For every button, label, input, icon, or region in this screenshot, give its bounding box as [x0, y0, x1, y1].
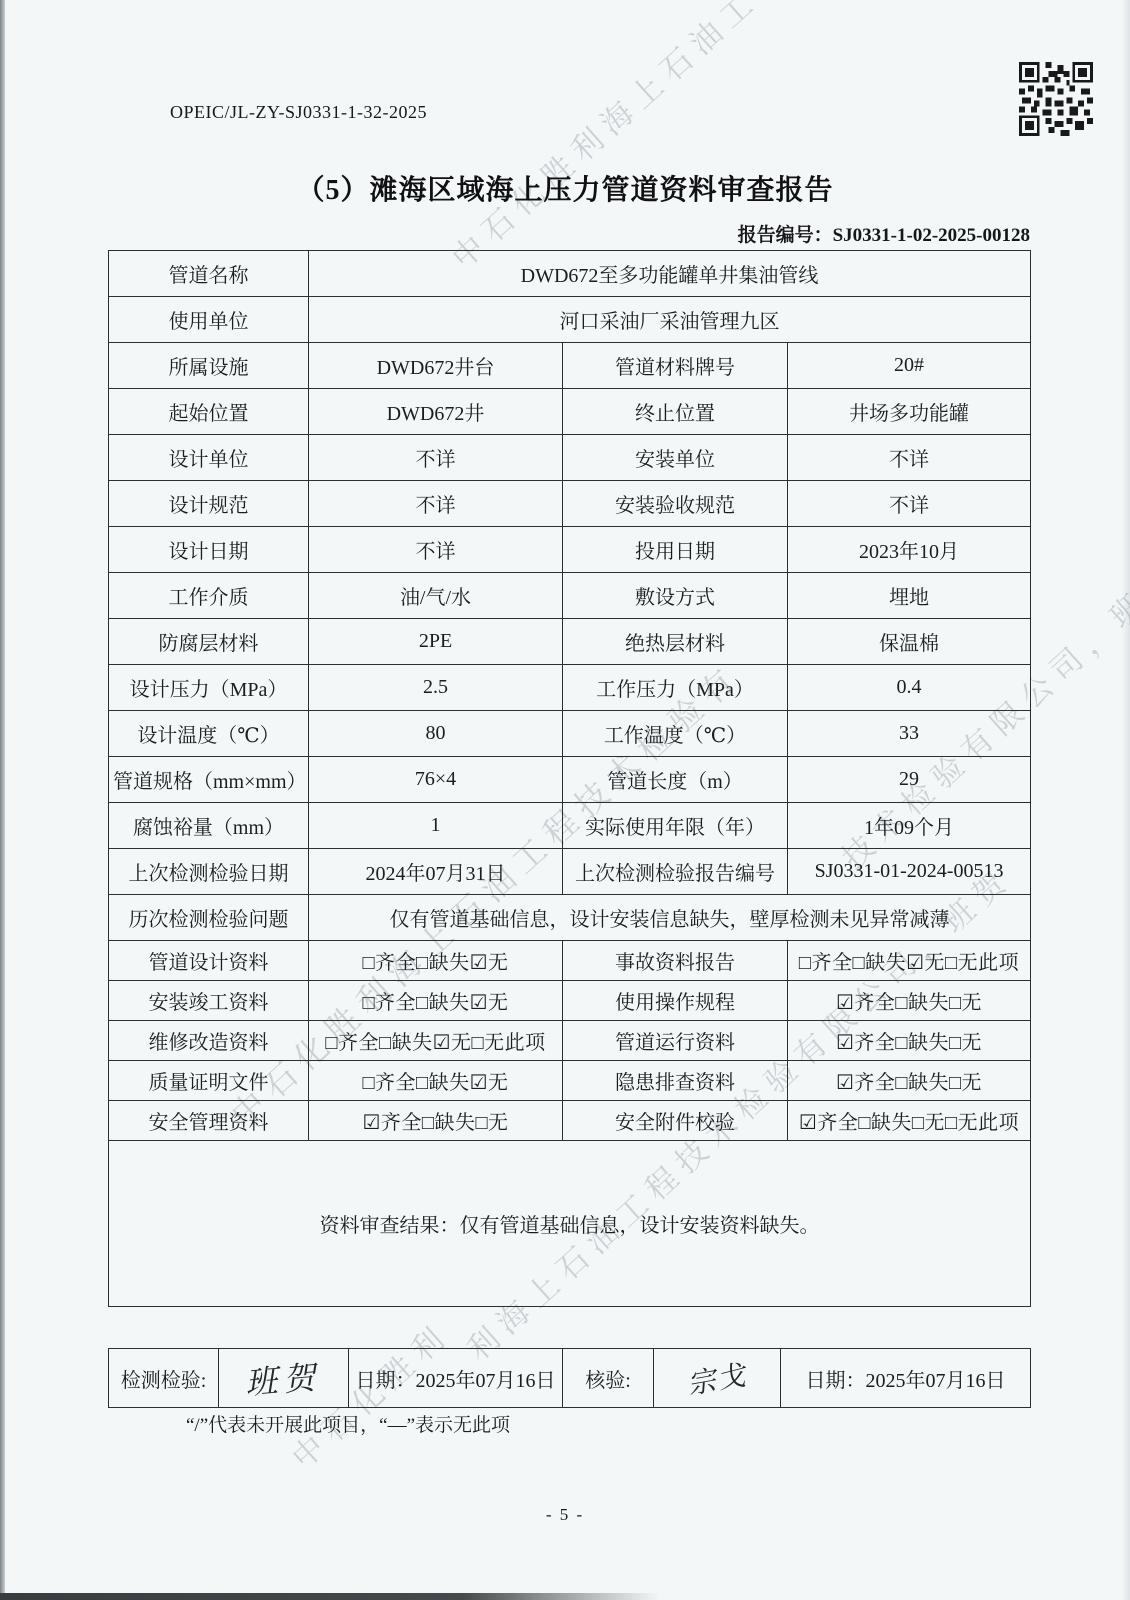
field-value: 33: [788, 711, 1031, 757]
table-row: 管道设计资料 □齐全□缺失☑无 事故资料报告 □齐全□缺失☑无□无此项: [109, 941, 1031, 981]
verify-label: 核验:: [563, 1349, 654, 1408]
field-value: 不详: [309, 435, 563, 481]
checkbox-value: □齐全□缺失☑无: [309, 941, 563, 981]
field-label: 管道名称: [109, 251, 309, 297]
field-value: 不详: [788, 481, 1031, 527]
table-row: 资料审查结果：仅有管道基础信息，设计安装资料缺失。: [109, 1141, 1031, 1307]
field-label: 实际使用年限（年）: [563, 803, 788, 849]
field-value: 2.5: [309, 665, 563, 711]
field-label: 工作介质: [109, 573, 309, 619]
checkbox-value: □齐全□缺失☑无: [309, 981, 563, 1021]
field-label: 安装单位: [563, 435, 788, 481]
field-label: 事故资料报告: [563, 941, 788, 981]
field-value: SJ0331-01-2024-00513: [788, 849, 1031, 895]
table-row: 设计日期 不详 投用日期 2023年10月: [109, 527, 1031, 573]
field-label: 质量证明文件: [109, 1061, 309, 1101]
field-label: 终止位置: [563, 389, 788, 435]
field-value: 76×4: [309, 757, 563, 803]
table-row: 管道名称 DWD672至多功能罐单井集油管线: [109, 251, 1031, 297]
table-row: 安全管理资料 ☑齐全□缺失□无 安全附件校验 ☑齐全□缺失□无□无此项: [109, 1101, 1031, 1141]
verifier-signature: 宗戈: [684, 1353, 750, 1403]
table-row: 历次检测检验问题 仅有管道基础信息，设计安装信息缺失，壁厚检测未见异常减薄: [109, 895, 1031, 941]
table-row: 设计规范 不详 安装验收规范 不详: [109, 481, 1031, 527]
field-value: 不详: [309, 527, 563, 573]
field-label: 维修改造资料: [109, 1021, 309, 1061]
field-value: 埋地: [788, 573, 1031, 619]
field-value: 1年09个月: [788, 803, 1031, 849]
scan-edge-right: [1122, 0, 1130, 1600]
field-label: 设计单位: [109, 435, 309, 481]
table-row: 上次检测检验日期 2024年07月31日 上次检测检验报告编号 SJ0331-0…: [109, 849, 1031, 895]
table-row: 所属设施 DWD672井台 管道材料牌号 20#: [109, 343, 1031, 389]
field-label: 腐蚀裕量（mm）: [109, 803, 309, 849]
field-value: 河口采油厂采油管理九区: [309, 297, 1031, 343]
checkbox-value: ☑齐全□缺失□无: [788, 1061, 1031, 1101]
checkbox-value: □齐全□缺失☑无: [309, 1061, 563, 1101]
field-label: 历次检测检验问题: [109, 895, 309, 941]
signature-cell: 班贺: [219, 1349, 349, 1408]
field-value: DWD672井: [309, 389, 563, 435]
checkbox-value: ☑齐全□缺失□无: [788, 1021, 1031, 1061]
field-label: 设计规范: [109, 481, 309, 527]
field-value: 20#: [788, 343, 1031, 389]
field-value: 1: [309, 803, 563, 849]
table-row: 安装竣工资料 □齐全□缺失☑无 使用操作规程 ☑齐全□缺失□无: [109, 981, 1031, 1021]
scan-edge-bottom: [0, 1593, 660, 1600]
field-label: 设计压力（MPa）: [109, 665, 309, 711]
pipeline-info-table: 管道名称 DWD672至多功能罐单井集油管线 使用单位 河口采油厂采油管理九区 …: [108, 250, 1031, 1307]
field-label: 工作温度（℃）: [563, 711, 788, 757]
table-row: 质量证明文件 □齐全□缺失☑无 隐患排查资料 ☑齐全□缺失□无: [109, 1061, 1031, 1101]
field-value: 仅有管道基础信息，设计安装信息缺失，壁厚检测未见异常减薄: [309, 895, 1031, 941]
table-row: 设计温度（℃） 80 工作温度（℃） 33: [109, 711, 1031, 757]
document-code: OPEIC/JL-ZY-SJ0331-1-32-2025: [170, 102, 427, 123]
field-label: 安装验收规范: [563, 481, 788, 527]
field-label: 起始位置: [109, 389, 309, 435]
review-result: 资料审查结果：仅有管道基础信息，设计安装资料缺失。: [109, 1141, 1031, 1307]
field-label: 管道设计资料: [109, 941, 309, 981]
field-value: 油/气/水: [309, 573, 563, 619]
field-label: 投用日期: [563, 527, 788, 573]
checkbox-value: □齐全□缺失☑无□无此项: [788, 941, 1031, 981]
table-row: 检测检验: 班贺 日期：2025年07月16日 核验: 宗戈 日期：2025年0…: [109, 1349, 1031, 1408]
field-label: 使用单位: [109, 297, 309, 343]
table-row: 工作介质 油/气/水 敷设方式 埋地: [109, 573, 1031, 619]
verify-date: 日期：2025年07月16日: [781, 1349, 1031, 1408]
field-label: 绝热层材料: [563, 619, 788, 665]
field-value: 不详: [309, 481, 563, 527]
field-label: 设计日期: [109, 527, 309, 573]
inspect-date: 日期：2025年07月16日: [349, 1349, 563, 1408]
page-title: （5）滩海区域海上压力管道资料审查报告: [0, 168, 1130, 208]
field-label: 所属设施: [109, 343, 309, 389]
field-label: 防腐层材料: [109, 619, 309, 665]
field-value: 不详: [788, 435, 1031, 481]
signature-table: 检测检验: 班贺 日期：2025年07月16日 核验: 宗戈 日期：2025年0…: [108, 1348, 1031, 1408]
field-value: 29: [788, 757, 1031, 803]
table-row: 起始位置 DWD672井 终止位置 井场多功能罐: [109, 389, 1031, 435]
field-label: 管道长度（m）: [563, 757, 788, 803]
table-row: 使用单位 河口采油厂采油管理九区: [109, 297, 1031, 343]
table-row: 腐蚀裕量（mm） 1 实际使用年限（年） 1年09个月: [109, 803, 1031, 849]
table-row: 管道规格（mm×mm） 76×4 管道长度（m） 29: [109, 757, 1031, 803]
field-label: 安装竣工资料: [109, 981, 309, 1021]
field-label: 工作压力（MPa）: [563, 665, 788, 711]
page-number: - 5 -: [0, 1505, 1130, 1525]
checkbox-value: □齐全□缺失☑无□无此项: [309, 1021, 563, 1061]
field-value: 保温棉: [788, 619, 1031, 665]
field-label: 上次检测检验日期: [109, 849, 309, 895]
signature-cell: 宗戈: [654, 1349, 781, 1408]
field-value: 2023年10月: [788, 527, 1031, 573]
field-label: 安全附件校验: [563, 1101, 788, 1141]
field-value: 0.4: [788, 665, 1031, 711]
field-value: DWD672至多功能罐单井集油管线: [309, 251, 1031, 297]
table-row: 设计单位 不详 安装单位 不详: [109, 435, 1031, 481]
field-value: 2024年07月31日: [309, 849, 563, 895]
field-label: 管道材料牌号: [563, 343, 788, 389]
field-label: 管道运行资料: [563, 1021, 788, 1061]
report-number: 报告编号：SJ0331-1-02-2025-00128: [0, 220, 1030, 247]
inspector-signature: 班贺: [244, 1352, 324, 1404]
field-label: 敷设方式: [563, 573, 788, 619]
field-value: 80: [309, 711, 563, 757]
checkbox-value: ☑齐全□缺失□无: [309, 1101, 563, 1141]
table-row: 设计压力（MPa） 2.5 工作压力（MPa） 0.4: [109, 665, 1031, 711]
field-label: 隐患排查资料: [563, 1061, 788, 1101]
field-value: DWD672井台: [309, 343, 563, 389]
footnote: “/”代表未开展此项目，“—”表示无此项: [186, 1410, 510, 1437]
table-row: 防腐层材料 2PE 绝热层材料 保温棉: [109, 619, 1031, 665]
field-label: 安全管理资料: [109, 1101, 309, 1141]
field-label: 上次检测检验报告编号: [563, 849, 788, 895]
document-page: 中石化胜利海上石油工程 技术检验有限公司，班贺 中石化胜利海上石油工程技术检验有…: [0, 0, 1130, 1600]
checkbox-value: ☑齐全□缺失□无□无此项: [788, 1101, 1031, 1141]
field-value: 2PE: [309, 619, 563, 665]
qr-code: [1019, 62, 1093, 136]
field-value: 井场多功能罐: [788, 389, 1031, 435]
field-label: 管道规格（mm×mm）: [109, 757, 309, 803]
table-row: 维修改造资料 □齐全□缺失☑无□无此项 管道运行资料 ☑齐全□缺失□无: [109, 1021, 1031, 1061]
field-label: 使用操作规程: [563, 981, 788, 1021]
checkbox-value: ☑齐全□缺失□无: [788, 981, 1031, 1021]
field-label: 设计温度（℃）: [109, 711, 309, 757]
inspect-label: 检测检验:: [109, 1349, 219, 1408]
